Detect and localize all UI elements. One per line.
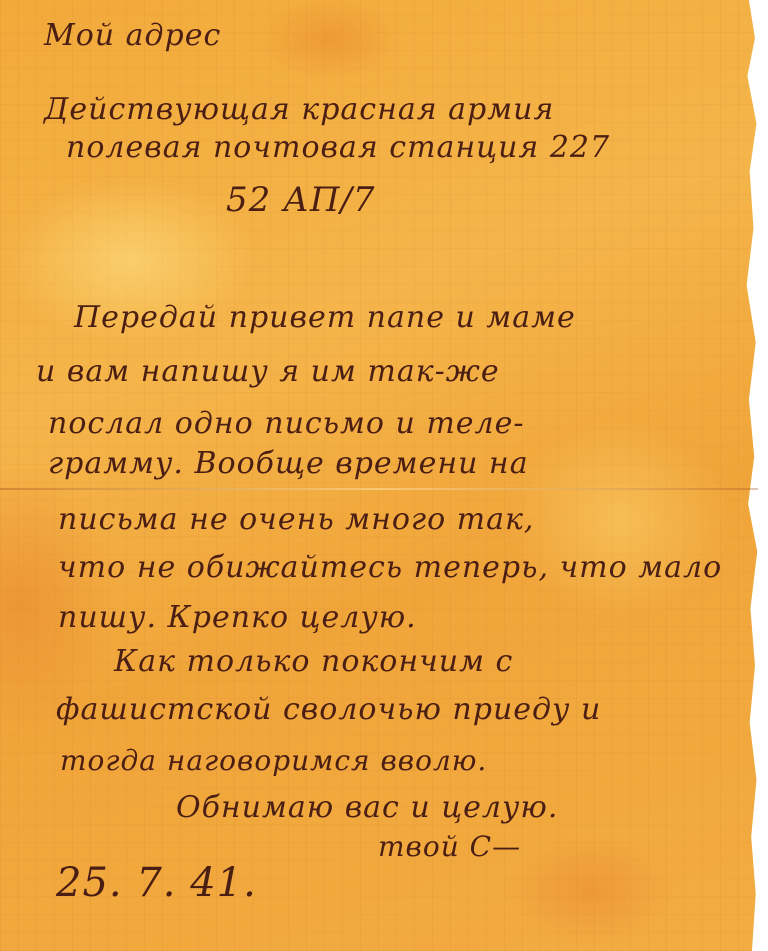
- body-line: грамму. Вообще времени на: [48, 446, 529, 481]
- body-line: пишу. Крепко целую.: [58, 600, 417, 635]
- body-line: послал одно письмо и теле-: [48, 406, 525, 441]
- address-line-army: Действующая красная армия: [44, 92, 554, 127]
- address-heading: Мой адрес: [44, 18, 221, 53]
- body-line: тогда наговоримся вволю.: [60, 744, 487, 777]
- closing-line: Обнимаю вас и целую.: [176, 790, 558, 825]
- address-line-field-post: полевая почтовая станция 227: [66, 130, 610, 165]
- body-line: фашистской сволочью приеду и: [56, 692, 601, 727]
- letter-date: 25. 7. 41.: [56, 860, 257, 906]
- body-line: письма не очень много так,: [58, 502, 534, 537]
- address-line-unit: 52 АП/7: [226, 180, 376, 220]
- body-line: и вам напишу я им так-же: [36, 354, 500, 389]
- body-line: что не обижайтесь теперь, что мало: [58, 550, 722, 585]
- signature: твой С—: [378, 830, 521, 863]
- body-line: Как только покончим с: [114, 644, 513, 679]
- body-line: Передай привет папе и маме: [74, 300, 576, 335]
- paper-fold-crease: [0, 488, 758, 490]
